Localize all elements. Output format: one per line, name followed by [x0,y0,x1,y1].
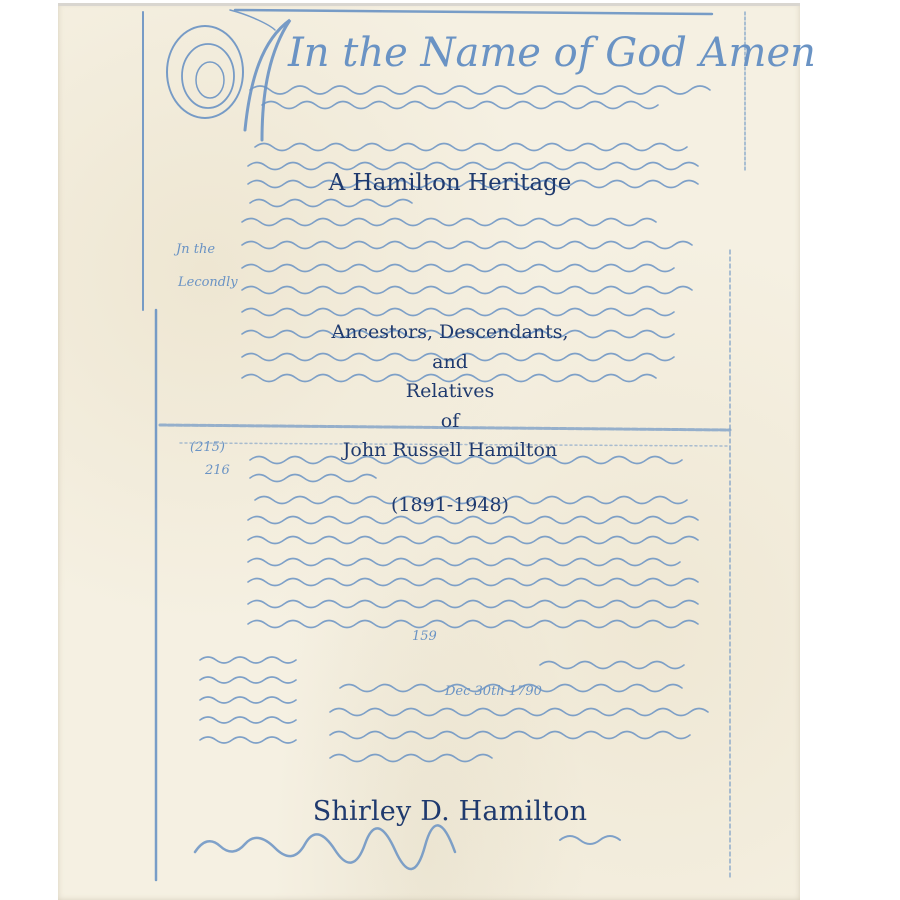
line-number: 159 [412,629,437,644]
book-subtitle: Ancestors, Descendants, and Relatives of… [0,318,900,466]
margin-note-1: Jn the [173,242,215,257]
manuscript-date: Dec 30th 1790 [444,684,542,699]
manuscript-heading: In the Name of God Amen [287,30,816,76]
author-name: Shirley D. Hamilton [0,796,900,827]
subtitle-line: Relatives [0,377,900,407]
subtitle-line: of [0,407,900,437]
subtitle-line: Ancestors, Descendants, [0,318,900,348]
top-rule [235,10,712,14]
subtitle-line: and [0,348,900,378]
book-title: A Hamilton Heritage [0,170,900,196]
margin-note-2: Lecondly [177,275,238,290]
subtitle-line: John Russell Hamilton [0,436,900,466]
life-dates: (1891-1948) [0,494,900,516]
